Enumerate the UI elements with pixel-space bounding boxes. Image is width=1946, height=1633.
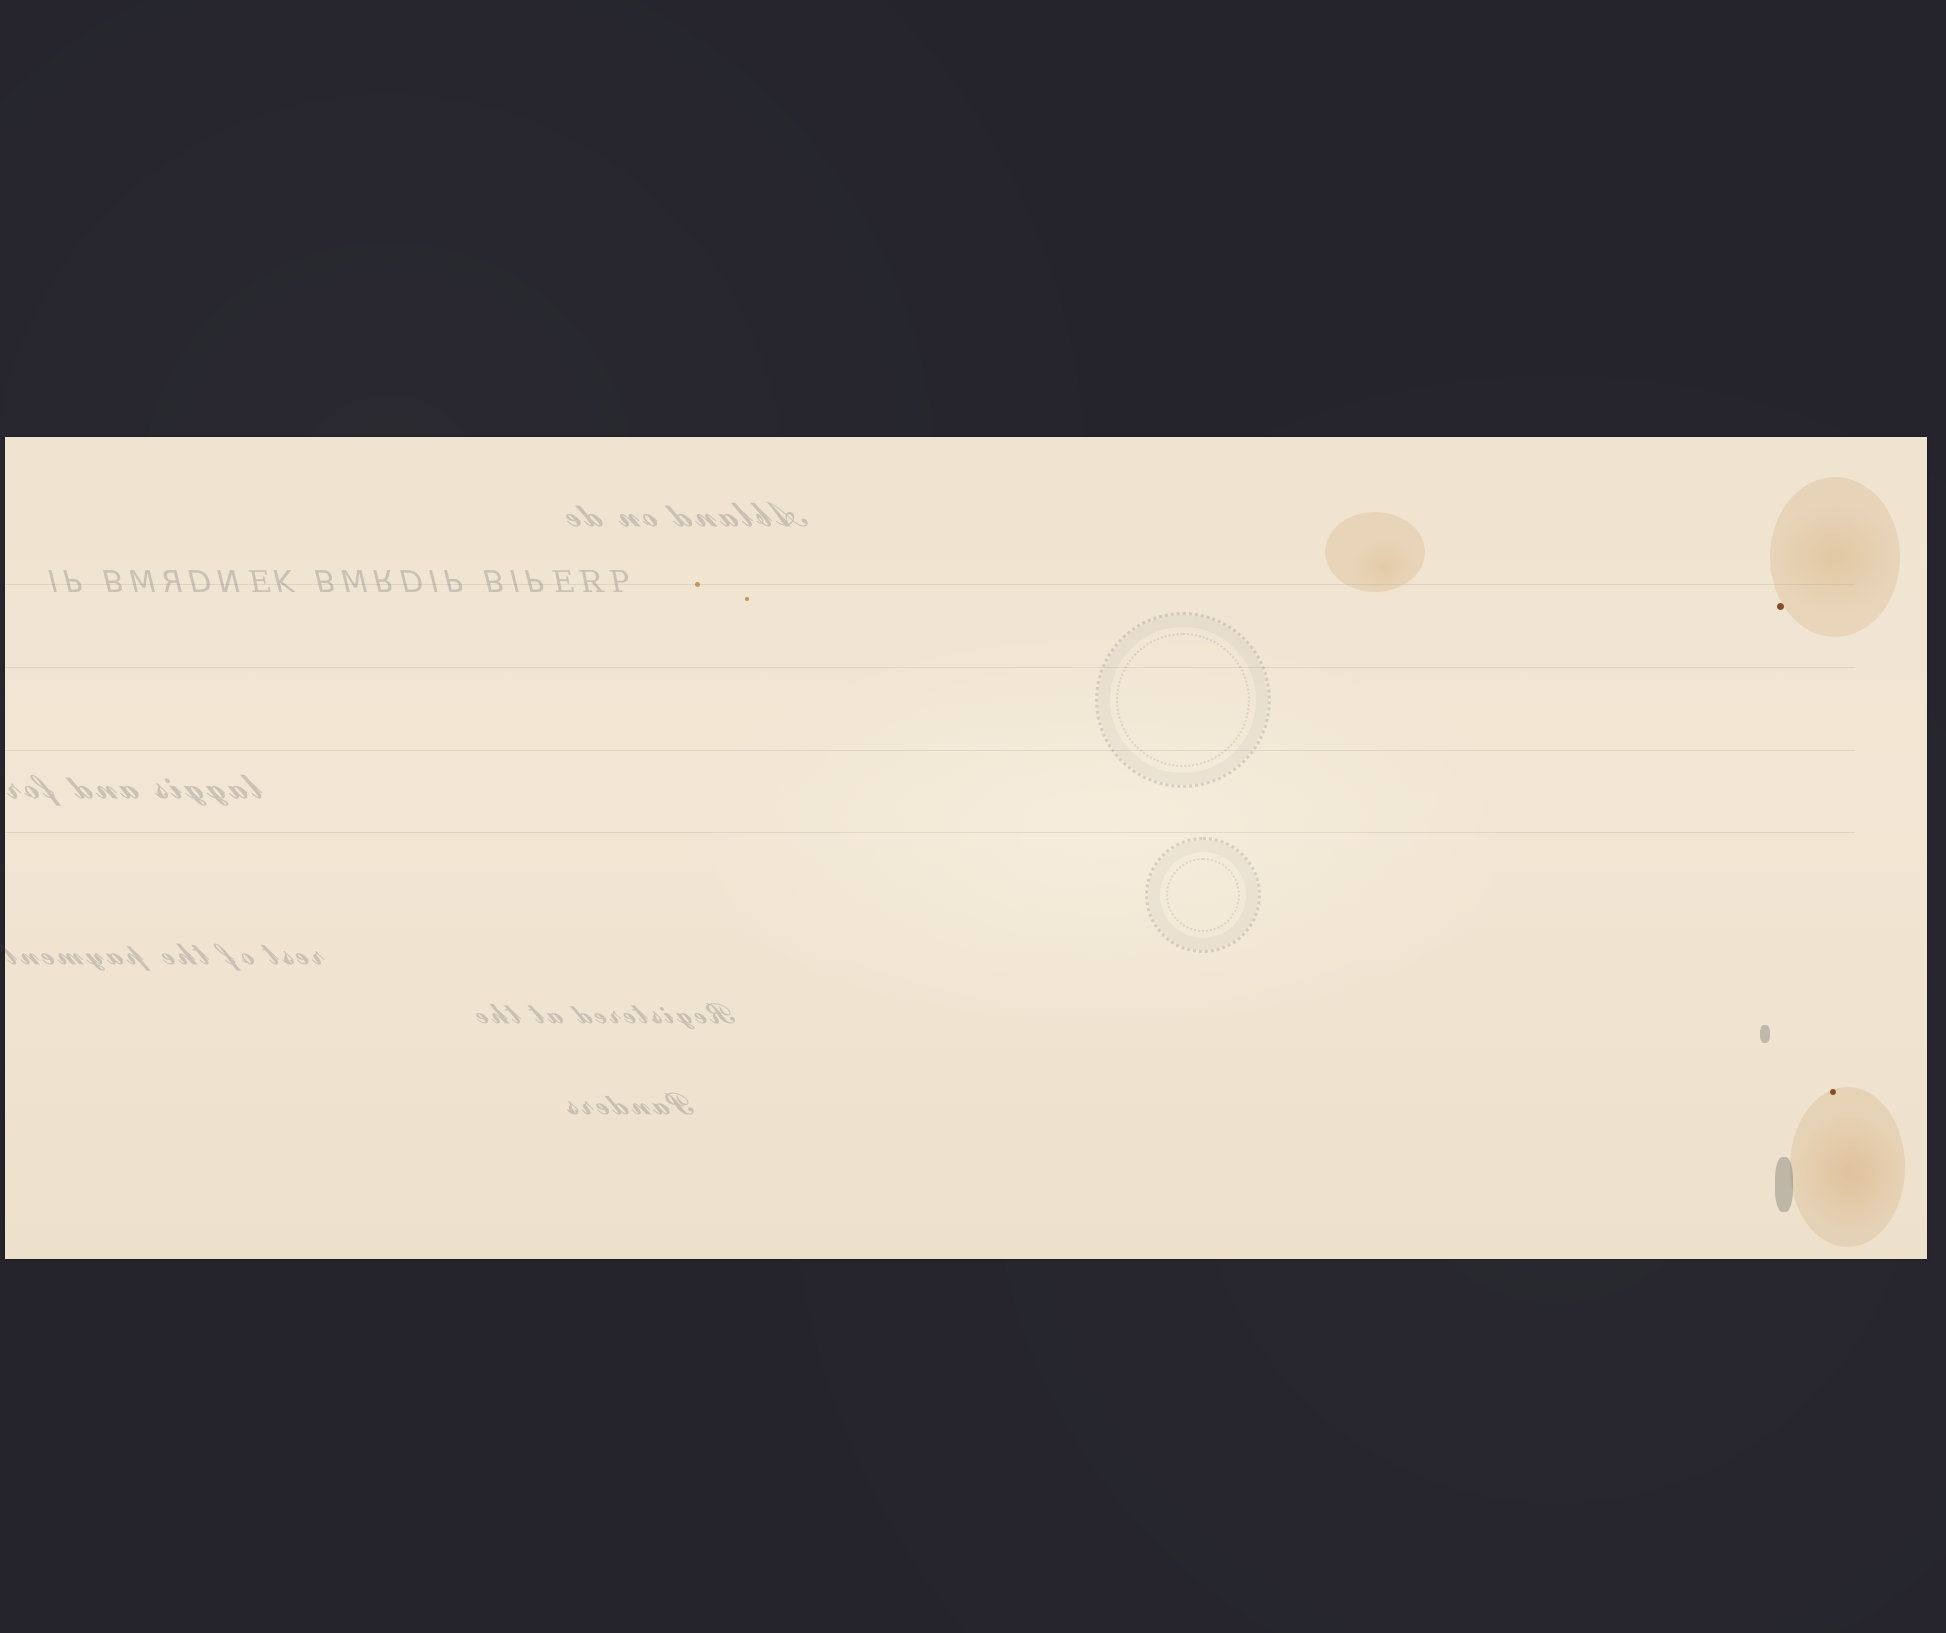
foxing-spot <box>1777 603 1784 610</box>
bleed-through-line: 𝓻𝓮𝓼𝓽 𝓸𝓯 𝓽𝓱𝓮 𝓹𝓪𝔂𝓶𝓮𝓷𝓽 <box>5 937 325 972</box>
document-paper: 𝓐𝓫𝓵𝓪𝓷𝓭 𝓸𝓷 𝓭𝓮 ꟼЯƎꓒꓲꓭ ꓒꓲꓷꓤꓟꓭ ꓘƎꓠꓷꓣꓟꓭ ꓒꓲ 𝓵𝓪… <box>5 437 1927 1259</box>
ruled-line <box>5 750 1855 751</box>
water-stain <box>1790 1087 1905 1247</box>
ruled-line <box>5 832 1855 833</box>
water-stain <box>1325 512 1425 592</box>
ruled-line <box>5 667 1855 668</box>
bleed-through-header: 𝓐𝓫𝓵𝓪𝓷𝓭 𝓸𝓷 𝓭𝓮 <box>565 495 809 535</box>
bleed-through-printed-line: ꟼЯƎꓒꓲꓭ ꓒꓲꓷꓤꓟꓭ ꓘƎꓠꓷꓣꓟꓭ ꓒꓲ <box>45 565 630 600</box>
foxing-spot <box>745 597 749 601</box>
bleed-through-signature: 𝓟𝓪𝓷𝓭𝓮𝓻𝓼 <box>565 1087 695 1122</box>
ink-smudge <box>1775 1157 1793 1212</box>
stamp-ghost <box>1095 612 1271 788</box>
foxing-spot <box>1830 1089 1836 1095</box>
bleed-through-line: 𝓵𝓪𝓰𝓰𝓲𝓼 𝓪𝓷𝓭 𝓯𝓸𝓻 <box>5 767 264 807</box>
foxing-spot <box>695 582 700 587</box>
stamp-ghost <box>1145 837 1261 953</box>
water-stain <box>1770 477 1900 637</box>
bleed-through-signature: 𝓡𝓮𝓰𝓲𝓼𝓽𝓮𝓻𝓮𝓭 𝓪𝓽 𝓽𝓱𝓮 <box>475 997 736 1031</box>
ink-smudge <box>1760 1025 1770 1043</box>
